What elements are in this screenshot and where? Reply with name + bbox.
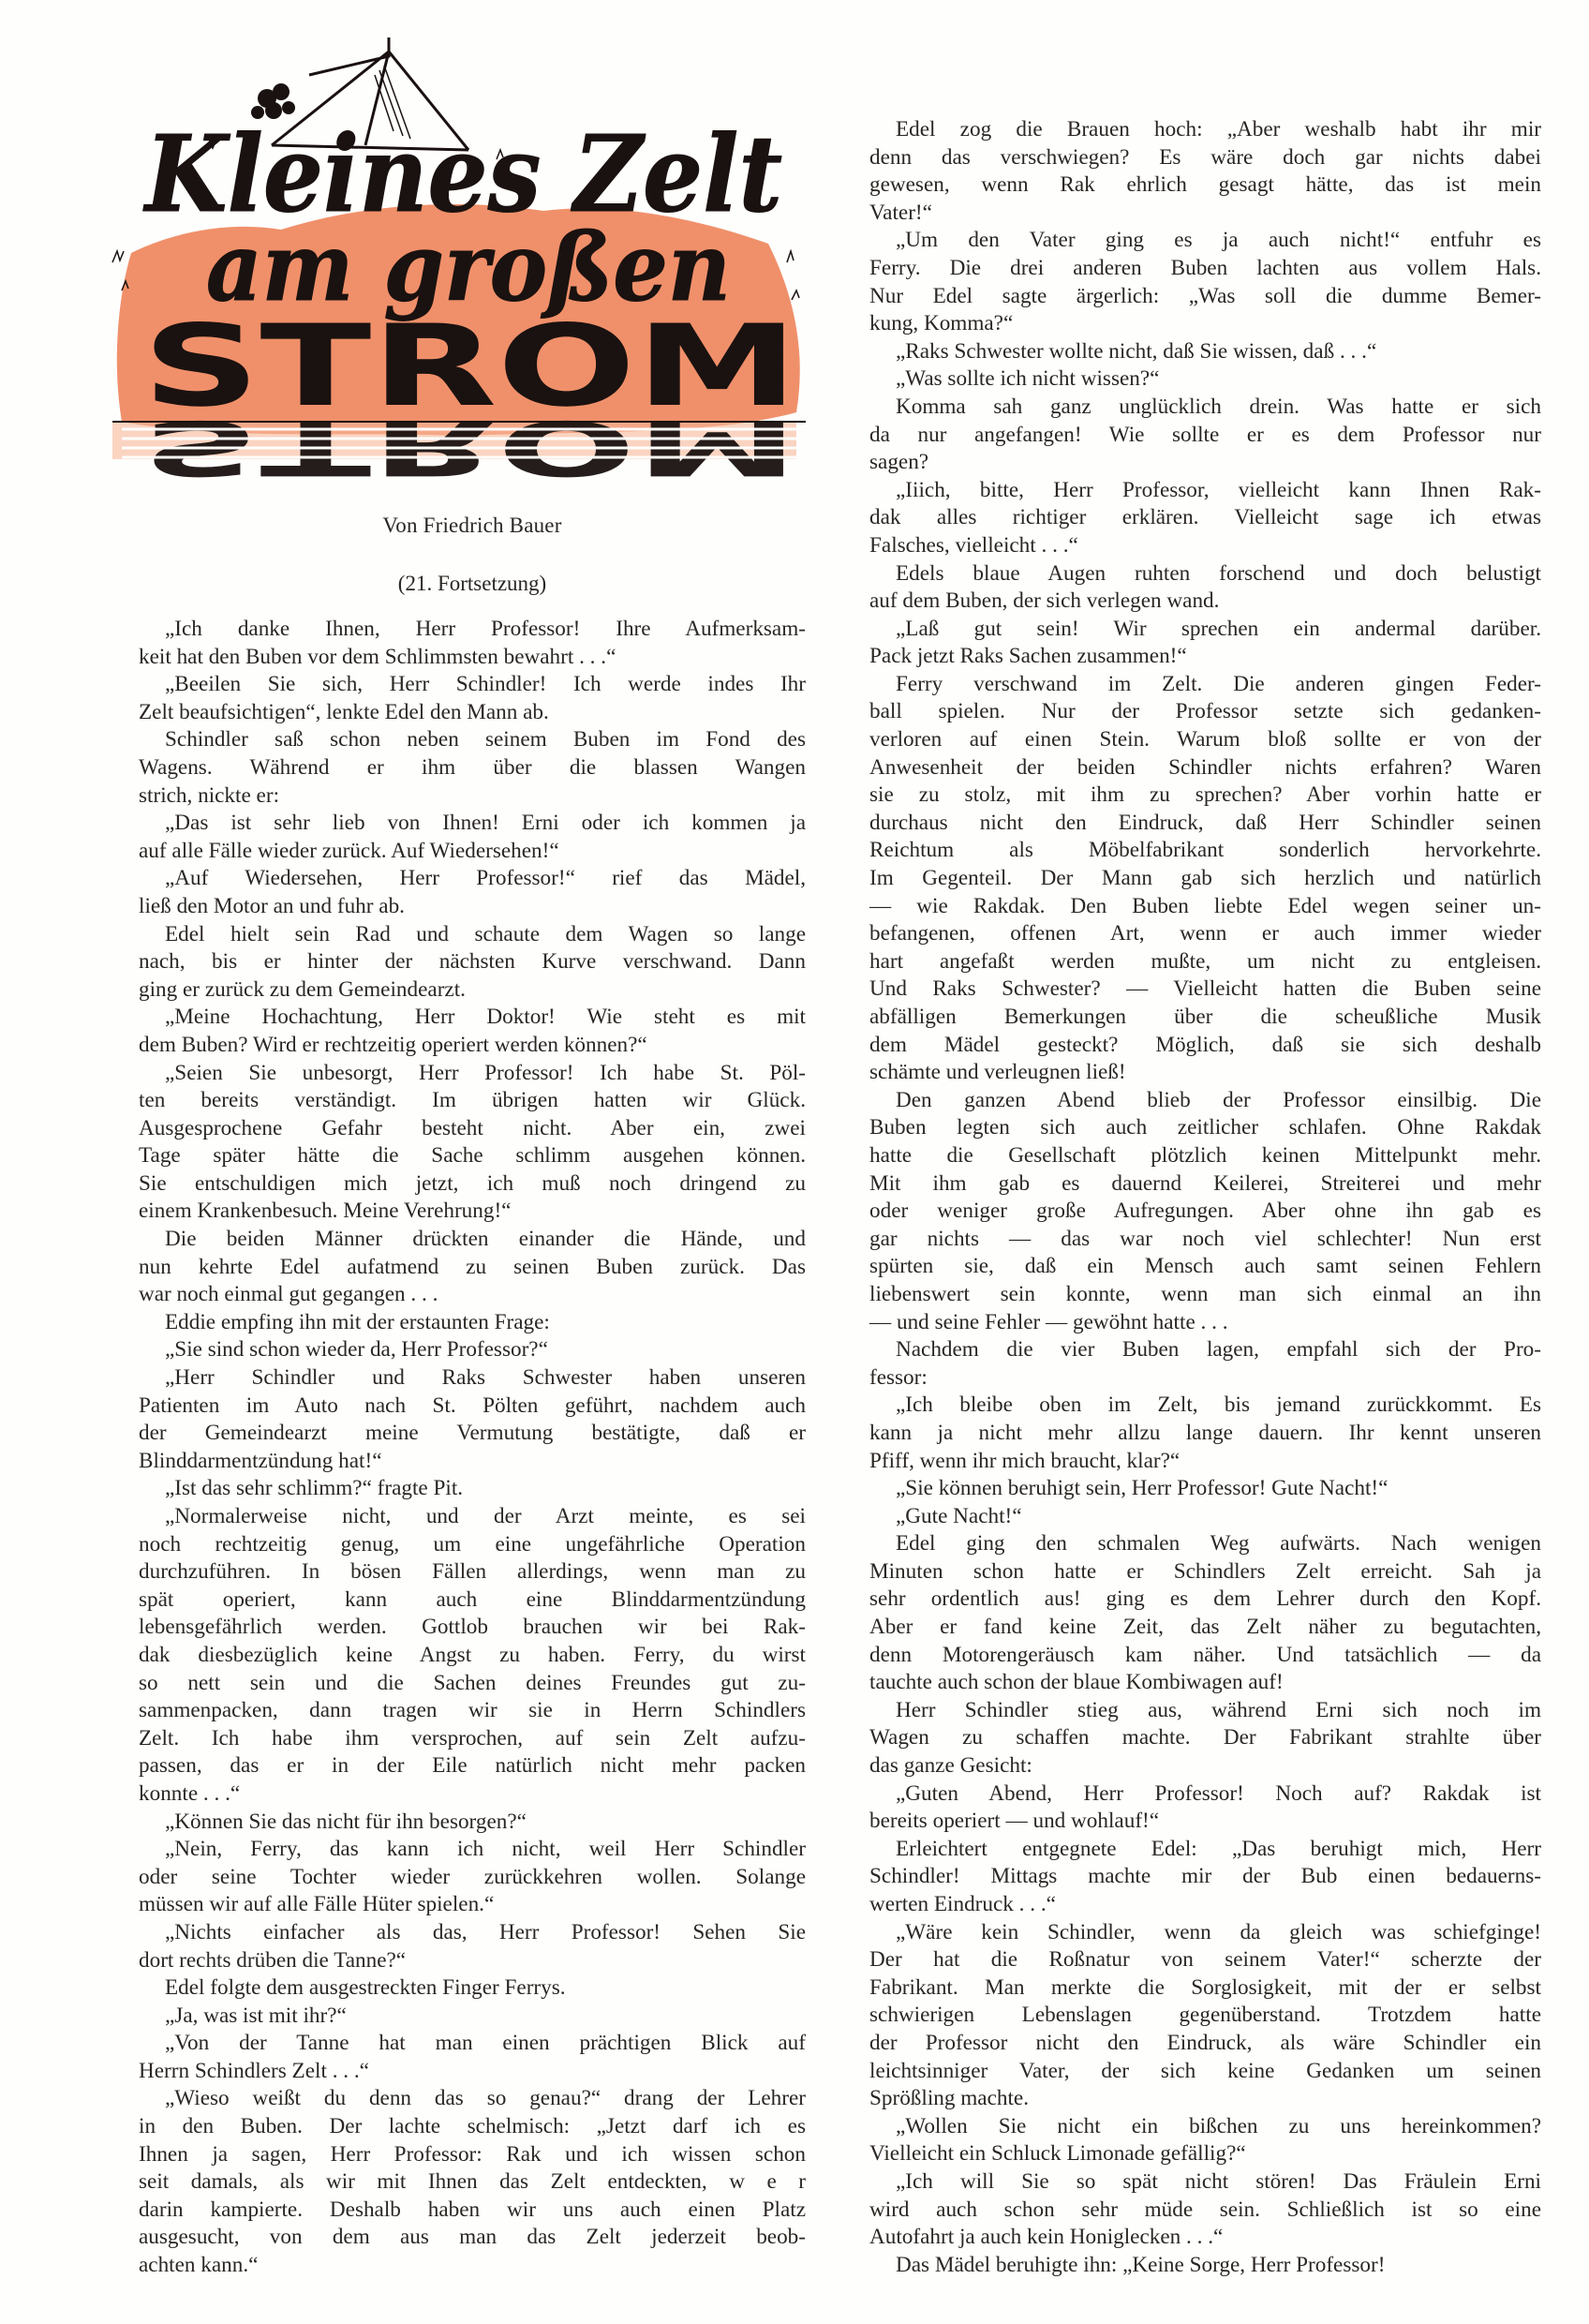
text-line: „Das ist sehr lieb von Ihnen! Erni oder … [139, 810, 806, 838]
text-line: „Ich will Sie so spät nicht stören! Das … [869, 2168, 1541, 2197]
text-line: „Können Sie das nicht für ihn besorgen?“ [139, 1809, 806, 1837]
text-line: Falsches, vielleicht . . .“ [869, 532, 1541, 560]
text-line: Herrn Schindlers Zelt . . .“ [139, 2058, 806, 2086]
text-line: Sprößling machte. [869, 2085, 1541, 2113]
text-line: Minuten schon hatte er Schindlers Zelt e… [869, 1558, 1541, 1587]
text-line: durchaus nicht den Eindruck, daß Herr Sc… [869, 810, 1541, 838]
paragraph: „Das ist sehr lieb von Ihnen! Erni oder … [139, 810, 806, 865]
text-line: Und Raks Schwester? — Vielleicht hatten … [869, 976, 1541, 1004]
text-line: abfälligen Bemerkungen über die scheußli… [869, 1004, 1541, 1032]
paragraph: Schindler saß schon neben seinem Buben i… [139, 726, 806, 810]
text-line: dak alles richtiger erklären. Vielleicht… [869, 504, 1541, 532]
text-line: Anwesenheit der beiden Schindler nichts … [869, 754, 1541, 782]
paragraph: Eddie empfing ihn mit der erstaunten Fra… [139, 1309, 806, 1337]
paragraph: „Meine Hochachtung, Herr Doktor! Wie ste… [139, 1004, 806, 1059]
text-line: „Ist das sehr schlimm?“ fragte Pit. [139, 1475, 806, 1503]
text-line: nun kehrte Edel aufatmend zu seinen Bube… [139, 1254, 806, 1282]
text-line: passen, das er in der Eile natürlich nic… [139, 1752, 806, 1780]
svg-text:STROM: STROM [142, 404, 798, 487]
text-line: fessor: [869, 1364, 1541, 1393]
text-line: bereits operiert — und wohlauf!“ [869, 1808, 1541, 1836]
text-line: der Gemeindearzt meine Vermutung bestäti… [139, 1420, 806, 1448]
text-line: auf alle Fälle wieder zurück. Auf Wieder… [139, 838, 806, 866]
text-line: seit damals, als wir mit Ihnen das Zelt … [139, 2168, 806, 2197]
text-line: noch rechtzeitig genug, um eine ungefähr… [139, 1531, 806, 1559]
paragraph: „Von der Tanne hat man einen prächtigen … [139, 2030, 806, 2085]
text-line: „Raks Schwester wollte nicht, daß Sie wi… [869, 338, 1541, 366]
text-line: kann ja nicht mehr allzu lange dauern. I… [869, 1420, 1541, 1448]
text-line: „Wäre kein Schindler, wenn da gleich was… [869, 1919, 1541, 1947]
paragraph: Die beiden Männer drückten einander die … [139, 1226, 806, 1309]
text-line: dem Buben? Wird er rechtzeitig operiert … [139, 1032, 806, 1060]
text-line: sagen? [869, 449, 1541, 477]
text-line: Die beiden Männer drückten einander die … [139, 1226, 806, 1254]
text-line: hart angefaßt werden mußte, um nicht zu … [869, 948, 1541, 976]
text-line: Edels blaue Augen ruhten forschend und d… [869, 560, 1541, 588]
right-text-column: Edel zog die Brauen hoch: „Aber weshalb … [869, 116, 1541, 2279]
text-line: „Meine Hochachtung, Herr Doktor! Wie ste… [139, 1004, 806, 1032]
author-byline: Von Friedrich Bauer [139, 514, 806, 538]
text-line: oder weniger große Aufregungen. Aber ohn… [869, 1198, 1541, 1226]
text-line: Ferry. Die drei anderen Buben lachten au… [869, 255, 1541, 283]
text-line: Nachdem die vier Buben lagen, empfahl si… [869, 1336, 1541, 1364]
paragraph: „Ja, was ist mit ihr?“ [139, 2003, 806, 2031]
paragraph: Edel folgte dem ausgestreckten Finger Fe… [139, 1974, 806, 2003]
text-line: Tage später hätte die Sache schlimm ausg… [139, 1142, 806, 1170]
paragraph: „Ich bleibe oben im Zelt, bis jemand zur… [869, 1392, 1541, 1475]
paragraph: „Gute Nacht!“ [869, 1503, 1541, 1531]
text-line: Reichtum als Möbelfabrikant sonderlich h… [869, 837, 1541, 865]
paragraph: „Beeilen Sie sich, Herr Schindler! Ich w… [139, 671, 806, 726]
text-line: strich, nickte er: [139, 782, 806, 811]
text-line: ten bereits verständigt. Im übrigen hatt… [139, 1087, 806, 1115]
text-line: dort rechts drüben die Tanne?“ [139, 1947, 806, 1975]
text-line: Schindler saß schon neben seinem Buben i… [139, 726, 806, 754]
title-reflection: STROM [142, 404, 798, 487]
text-line: Eddie empfing ihn mit der erstaunten Fra… [139, 1309, 806, 1337]
text-line: der Professor nicht den Eindruck, als wä… [869, 2030, 1541, 2058]
paragraph: „Sie können beruhigt sein, Herr Professo… [869, 1475, 1541, 1503]
paragraph: „Ist das sehr schlimm?“ fragte Pit. [139, 1475, 806, 1503]
text-line: „Herr Schindler und Raks Schwester haben… [139, 1364, 806, 1393]
text-line: gewesen, wenn Rak ehrlich gesagt hätte, … [869, 171, 1541, 200]
text-line: Patienten im Auto nach St. Pölten geführ… [139, 1393, 806, 1421]
text-line: Vielleicht ein Schluck Limonade gefällig… [869, 2140, 1541, 2168]
text-line: Pfiff, wenn ihr mich braucht, klar?“ [869, 1448, 1541, 1476]
text-line: ging er zurück zu dem Gemeindearzt. [139, 976, 806, 1005]
text-line: spürten sie, daß ein Mensch auch samt se… [869, 1253, 1541, 1281]
text-line: so nett sein und die Sachen deines Freun… [139, 1670, 806, 1698]
text-line: sehr ordentlich aus! ging es dem Lehrer … [869, 1586, 1541, 1614]
text-line: Ausgesprochene Gefahr besteht nicht. Abe… [139, 1115, 806, 1143]
text-line: Autofahrt ja auch kein Honiglecken . . .… [869, 2224, 1541, 2252]
text-line: Das Mädel beruhigte ihn: „Keine Sorge, H… [869, 2252, 1541, 2280]
text-line: durchzuführen. In bösen Fällen allerding… [139, 1558, 806, 1587]
text-line: oder seine Tochter wieder zurückkehren w… [139, 1864, 806, 1892]
paragraph: „Auf Wiedersehen, Herr Professor!“ rief … [139, 865, 806, 920]
left-text-column: „Ich danke Ihnen, Herr Professor! Ihre A… [139, 616, 806, 2280]
paragraph: „Nein, Ferry, das kann ich nicht, weil H… [139, 1836, 806, 1919]
text-line: „Ich bleibe oben im Zelt, bis jemand zur… [869, 1392, 1541, 1420]
text-line: Ferry verschwand im Zelt. Die anderen gi… [869, 671, 1541, 699]
text-line: hatte die Gesellschaft plötzlich keinen … [869, 1142, 1541, 1170]
paragraph: Den ganzen Abend blieb der Professor ein… [869, 1087, 1541, 1336]
text-line: — und seine Fehler — gewöhnt hatte . . . [869, 1309, 1541, 1337]
text-line: „Von der Tanne hat man einen prächtigen … [139, 2030, 806, 2058]
text-line: keit hat den Buben vor dem Schlimmsten b… [139, 644, 806, 672]
text-line: dak diesbezüglich keine Angst zu haben. … [139, 1642, 806, 1670]
paragraph: „Nichts einfacher als das, Herr Professo… [139, 1919, 806, 1974]
text-line: „Nichts einfacher als das, Herr Professo… [139, 1919, 806, 1947]
paragraph: Edel hielt sein Rad und schaute dem Wage… [139, 921, 806, 1005]
paragraph: Herr Schindler stieg aus, während Erni s… [869, 1697, 1541, 1780]
text-line: „Seien Sie unbesorgt, Herr Professor! Ic… [139, 1060, 806, 1088]
text-line: „Beeilen Sie sich, Herr Schindler! Ich w… [139, 671, 806, 699]
text-line: Sie entschuldigen mich jetzt, ich muß no… [139, 1170, 806, 1199]
text-line: Zelt beaufsichtigen“, lenkte Edel den Ma… [139, 699, 806, 727]
text-line: Aber er fand keine Zeit, das Zelt näher … [869, 1614, 1541, 1642]
text-line: „Normalerweise nicht, und der Arzt meint… [139, 1503, 806, 1531]
text-line: achten kann.“ [139, 2252, 806, 2280]
paragraph: Erleichtert entgegnete Edel: „Das beruhi… [869, 1836, 1541, 1919]
paragraph: „Ich danke Ihnen, Herr Professor! Ihre A… [139, 616, 806, 671]
text-line: nach, bis er hinter der nächsten Kurve v… [139, 948, 806, 976]
text-line: „Nein, Ferry, das kann ich nicht, weil H… [139, 1836, 806, 1864]
paragraph: Komma sah ganz unglücklich drein. Was ha… [869, 394, 1541, 477]
text-line: denn das verschwiegen? Es wäre doch gar … [869, 144, 1541, 172]
text-line: kung, Komma?“ [869, 310, 1541, 338]
text-line: Edel ging den schmalen Weg aufwärts. Nac… [869, 1530, 1541, 1558]
paragraph: Nachdem die vier Buben lagen, empfahl si… [869, 1336, 1541, 1392]
text-line: Pack jetzt Raks Sachen zusammen!“ [869, 643, 1541, 671]
text-line: „Sie sind schon wieder da, Herr Professo… [139, 1336, 806, 1364]
text-line: da nur angefangen! Wie sollte er es dem … [869, 422, 1541, 450]
text-line: Den ganzen Abend blieb der Professor ein… [869, 1087, 1541, 1115]
text-line: sammenpacken, dann tragen wir sie in Her… [139, 1697, 806, 1725]
text-line: Edel folgte dem ausgestreckten Finger Fe… [139, 1974, 806, 2003]
text-line: Der hat die Roßnatur von seinem Vater!“ … [869, 1946, 1541, 1974]
text-line: war noch einmal gut gegangen . . . [139, 1281, 806, 1309]
text-line: werten Eindruck . . .“ [869, 1891, 1541, 1919]
text-line: „Sie können beruhigt sein, Herr Professo… [869, 1475, 1541, 1503]
text-line: konnte . . .“ [139, 1780, 806, 1809]
text-line: Im Gegenteil. Der Mann gab sich herzlich… [869, 865, 1541, 893]
text-line: Wagen zu schaffen machte. Der Fabrikant … [869, 1724, 1541, 1752]
text-line: denn Motorengeräusch kam näher. Und tats… [869, 1642, 1541, 1670]
text-line: Edel zog die Brauen hoch: „Aber weshalb … [869, 116, 1541, 144]
text-line: Fabrikant. Man merkte die Sorglosigkeit,… [869, 1974, 1541, 2003]
paragraph: „Normalerweise nicht, und der Arzt meint… [139, 1503, 806, 1809]
text-line: „Um den Vater ging es ja auch nicht!“ en… [869, 227, 1541, 255]
paragraph: „Iiich, bitte, Herr Professor, vielleich… [869, 477, 1541, 560]
text-line: dem Mädel gesteckt? Möglich, daß sie sic… [869, 1032, 1541, 1060]
text-line: „Laß gut sein! Wir sprechen ein andermal… [869, 616, 1541, 644]
text-line: müssen wir auf alle Fälle Hüter spielen.… [139, 1891, 806, 1919]
paragraph: Das Mädel beruhigte ihn: „Keine Sorge, H… [869, 2252, 1541, 2280]
paragraph: „Laß gut sein! Wir sprechen ein andermal… [869, 616, 1541, 671]
text-line: Vater!“ [869, 200, 1541, 228]
text-line: Buben legten sich auch zeitlicher schlaf… [869, 1114, 1541, 1142]
text-line: „Gute Nacht!“ [869, 1503, 1541, 1531]
paragraph: „Wollen Sie nicht ein bißchen zu uns her… [869, 2113, 1541, 2168]
text-line: Schindler! Mittags machte mir der Bub ei… [869, 1863, 1541, 1891]
text-line: sie zu stolz, mit ihm zu sprechen? Aber … [869, 782, 1541, 810]
text-line: „Guten Abend, Herr Professor! Noch auf? … [869, 1780, 1541, 1809]
text-line: Wagens. Während er ihm über die blassen … [139, 754, 806, 782]
text-line: „Wieso weißt du denn das so genau?“ dran… [139, 2085, 806, 2113]
paragraph: Ferry verschwand im Zelt. Die anderen gi… [869, 671, 1541, 1087]
text-line: schwierigen Lebenslagen gegenüberstand. … [869, 2002, 1541, 2030]
text-line: tauchte auch schon der blaue Kombiwagen … [869, 1669, 1541, 1697]
paragraph: Edel zog die Brauen hoch: „Aber weshalb … [869, 116, 1541, 227]
text-line: Erleichtert entgegnete Edel: „Das beruhi… [869, 1836, 1541, 1864]
text-line: wird auch schon sehr müde sein. Schließl… [869, 2197, 1541, 2225]
text-line: Komma sah ganz unglücklich drein. Was ha… [869, 394, 1541, 422]
text-line: in den Buben. Der lachte schelmisch: „Je… [139, 2113, 806, 2141]
text-line: — wie Rakdak. Den Buben liebte Edel wege… [869, 893, 1541, 921]
text-line: Edel hielt sein Rad und schaute dem Wage… [139, 921, 806, 949]
text-line: ball spielen. Nur der Professor setzte s… [869, 698, 1541, 726]
text-line: „Ja, was ist mit ihr?“ [139, 2003, 806, 2031]
text-line: darin kampierte. Deshalb haben wir uns a… [139, 2197, 806, 2225]
text-line: spät operiert, kann auch eine Blinddarme… [139, 1587, 806, 1615]
installment-label: (21. Fortsetzung) [139, 572, 806, 596]
paragraph: „Raks Schwester wollte nicht, daß Sie wi… [869, 338, 1541, 366]
text-line: gar nichts — das war noch viel schlechte… [869, 1226, 1541, 1254]
text-line: Zelt. Ich habe ihm versprochen, auf sein… [139, 1725, 806, 1753]
text-line: „Was sollte ich nicht wissen?“ [869, 365, 1541, 394]
paragraph: „Guten Abend, Herr Professor! Noch auf? … [869, 1780, 1541, 1836]
text-line: einem Krankenbesuch. Meine Verehrung!“ [139, 1198, 806, 1226]
text-line: das ganze Gesicht: [869, 1752, 1541, 1780]
text-line: auf dem Buben, der sich verlegen wand. [869, 588, 1541, 616]
text-line: Nur Edel sagte ärgerlich: „Was soll die … [869, 283, 1541, 311]
text-line: Ihnen ja sagen, Herr Professor: Rak und … [139, 2141, 806, 2169]
text-line: schämte und verleugnen ließ! [869, 1059, 1541, 1087]
text-line: „Ich danke Ihnen, Herr Professor! Ihre A… [139, 616, 806, 644]
text-line: Blinddarmentzündung hat!“ [139, 1448, 806, 1476]
paragraph: „Wäre kein Schindler, wenn da gleich was… [869, 1919, 1541, 2113]
paragraph: „Wieso weißt du denn das so genau?“ dran… [139, 2085, 806, 2279]
title-illustration: Kleines Zelt am großen STROM STROM [56, 19, 824, 487]
paragraph: „Seien Sie unbesorgt, Herr Professor! Ic… [139, 1060, 806, 1227]
text-line: Herr Schindler stieg aus, während Erni s… [869, 1697, 1541, 1725]
paragraph: Edels blaue Augen ruhten forschend und d… [869, 560, 1541, 616]
paragraph: Edel ging den schmalen Weg aufwärts. Nac… [869, 1530, 1541, 1697]
text-line: „Auf Wiedersehen, Herr Professor!“ rief … [139, 865, 806, 893]
paragraph: „Was sollte ich nicht wissen?“ [869, 365, 1541, 394]
text-line: ausgesucht, von dem aus man das Zelt jed… [139, 2224, 806, 2252]
paragraph: „Um den Vater ging es ja auch nicht!“ en… [869, 227, 1541, 337]
text-line: „Iiich, bitte, Herr Professor, vielleich… [869, 477, 1541, 505]
paragraph: „Ich will Sie so spät nicht stören! Das … [869, 2168, 1541, 2252]
text-line: ließ den Motor an und fuhr ab. [139, 893, 806, 921]
paragraph: „Herr Schindler und Raks Schwester haben… [139, 1364, 806, 1475]
text-line: lebensgefährlich werden. Gottlob brauche… [139, 1614, 806, 1642]
text-line: Mit ihm gab es dauernd Keilerei, Streite… [869, 1170, 1541, 1199]
paragraph: „Können Sie das nicht für ihn besorgen?“ [139, 1809, 806, 1837]
magazine-page: Kleines Zelt am großen STROM STROM Von F… [0, 0, 1589, 2324]
text-line: liebenswert sein konnte, wenn man sich e… [869, 1281, 1541, 1309]
paragraph: „Sie sind schon wieder da, Herr Professo… [139, 1336, 806, 1364]
text-line: leichtsinniger Vater, der sich keine Ged… [869, 2058, 1541, 2086]
text-line: verloren auf einen Stein. Warum bloß sol… [869, 726, 1541, 754]
text-line: „Wollen Sie nicht ein bißchen zu uns her… [869, 2113, 1541, 2141]
text-line: befangenen, offenen Art, wenn er auch im… [869, 920, 1541, 948]
